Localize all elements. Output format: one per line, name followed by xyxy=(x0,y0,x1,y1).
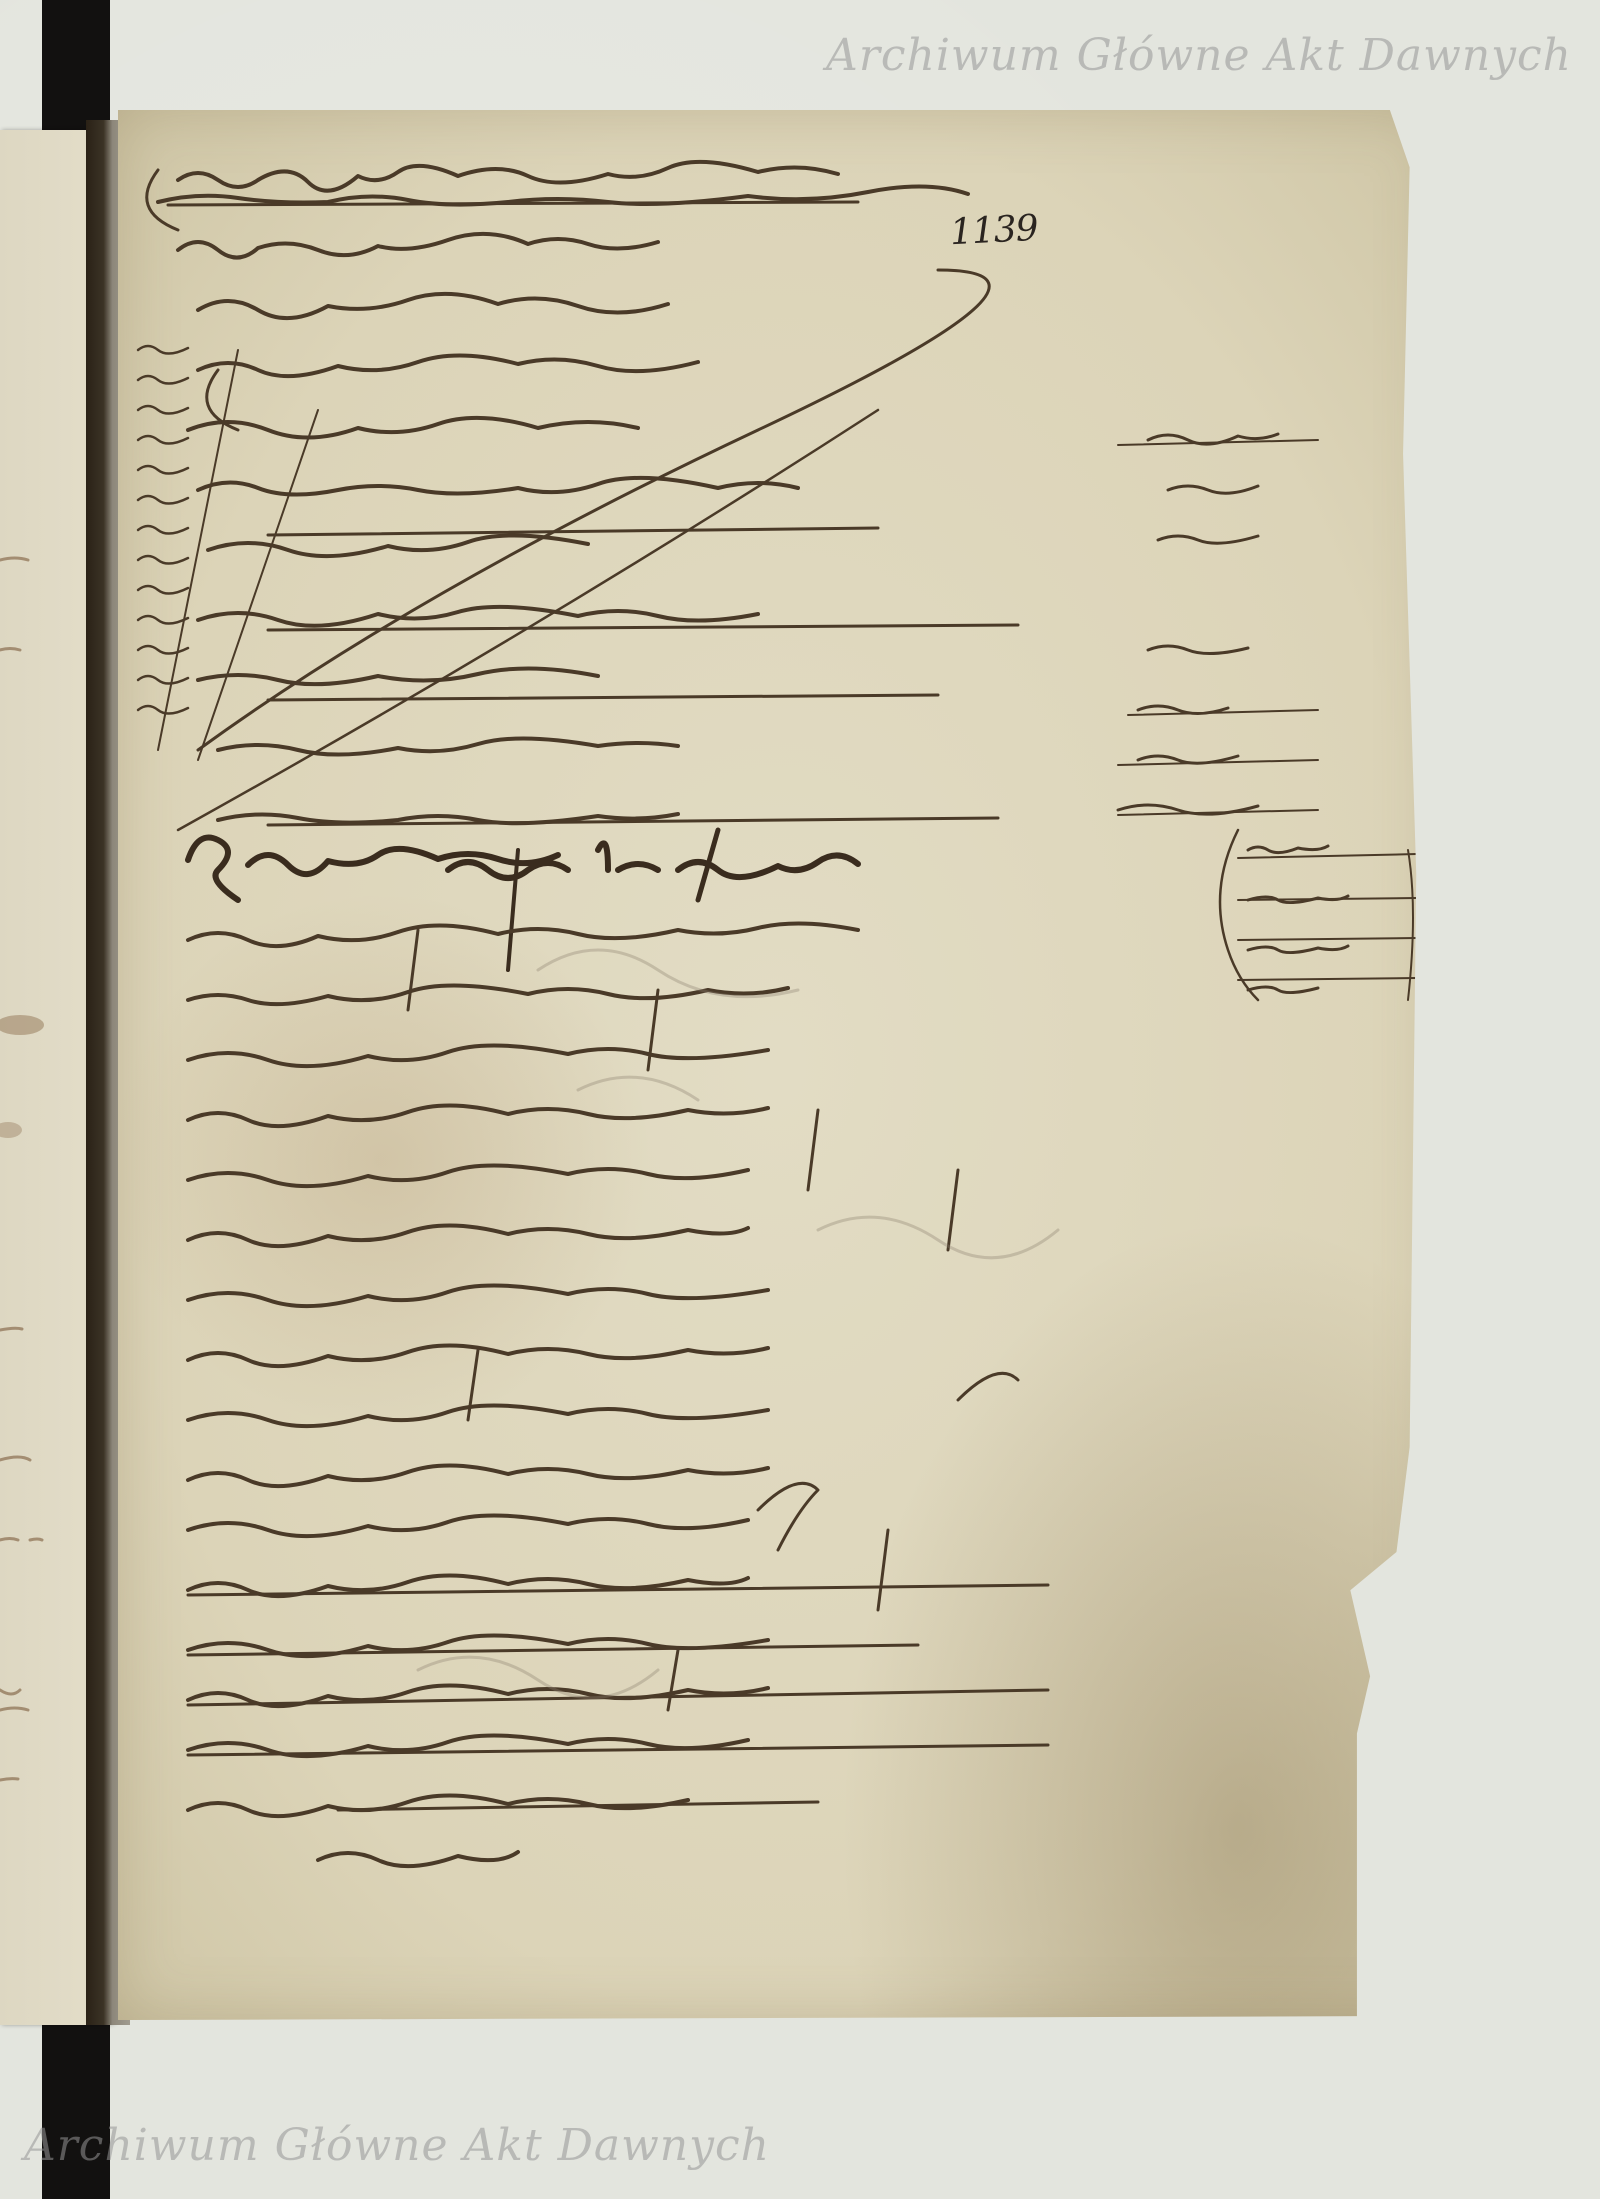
margin-note-right-boxed xyxy=(1220,830,1418,1000)
handwriting-layer xyxy=(118,110,1436,2020)
cursive-handwriting xyxy=(118,110,1436,2020)
folio-number: 1139 xyxy=(949,208,1039,254)
archive-watermark-top: Archiwum Główne Akt Dawnych xyxy=(826,30,1572,81)
archive-watermark-bottom: Archiwum Główne Akt Dawnych xyxy=(24,2120,770,2171)
main-entry-body xyxy=(188,923,1048,1866)
manuscript-folio xyxy=(118,110,1436,2020)
margin-note-right-top xyxy=(1118,434,1318,815)
struck-entry-top xyxy=(158,162,1018,830)
